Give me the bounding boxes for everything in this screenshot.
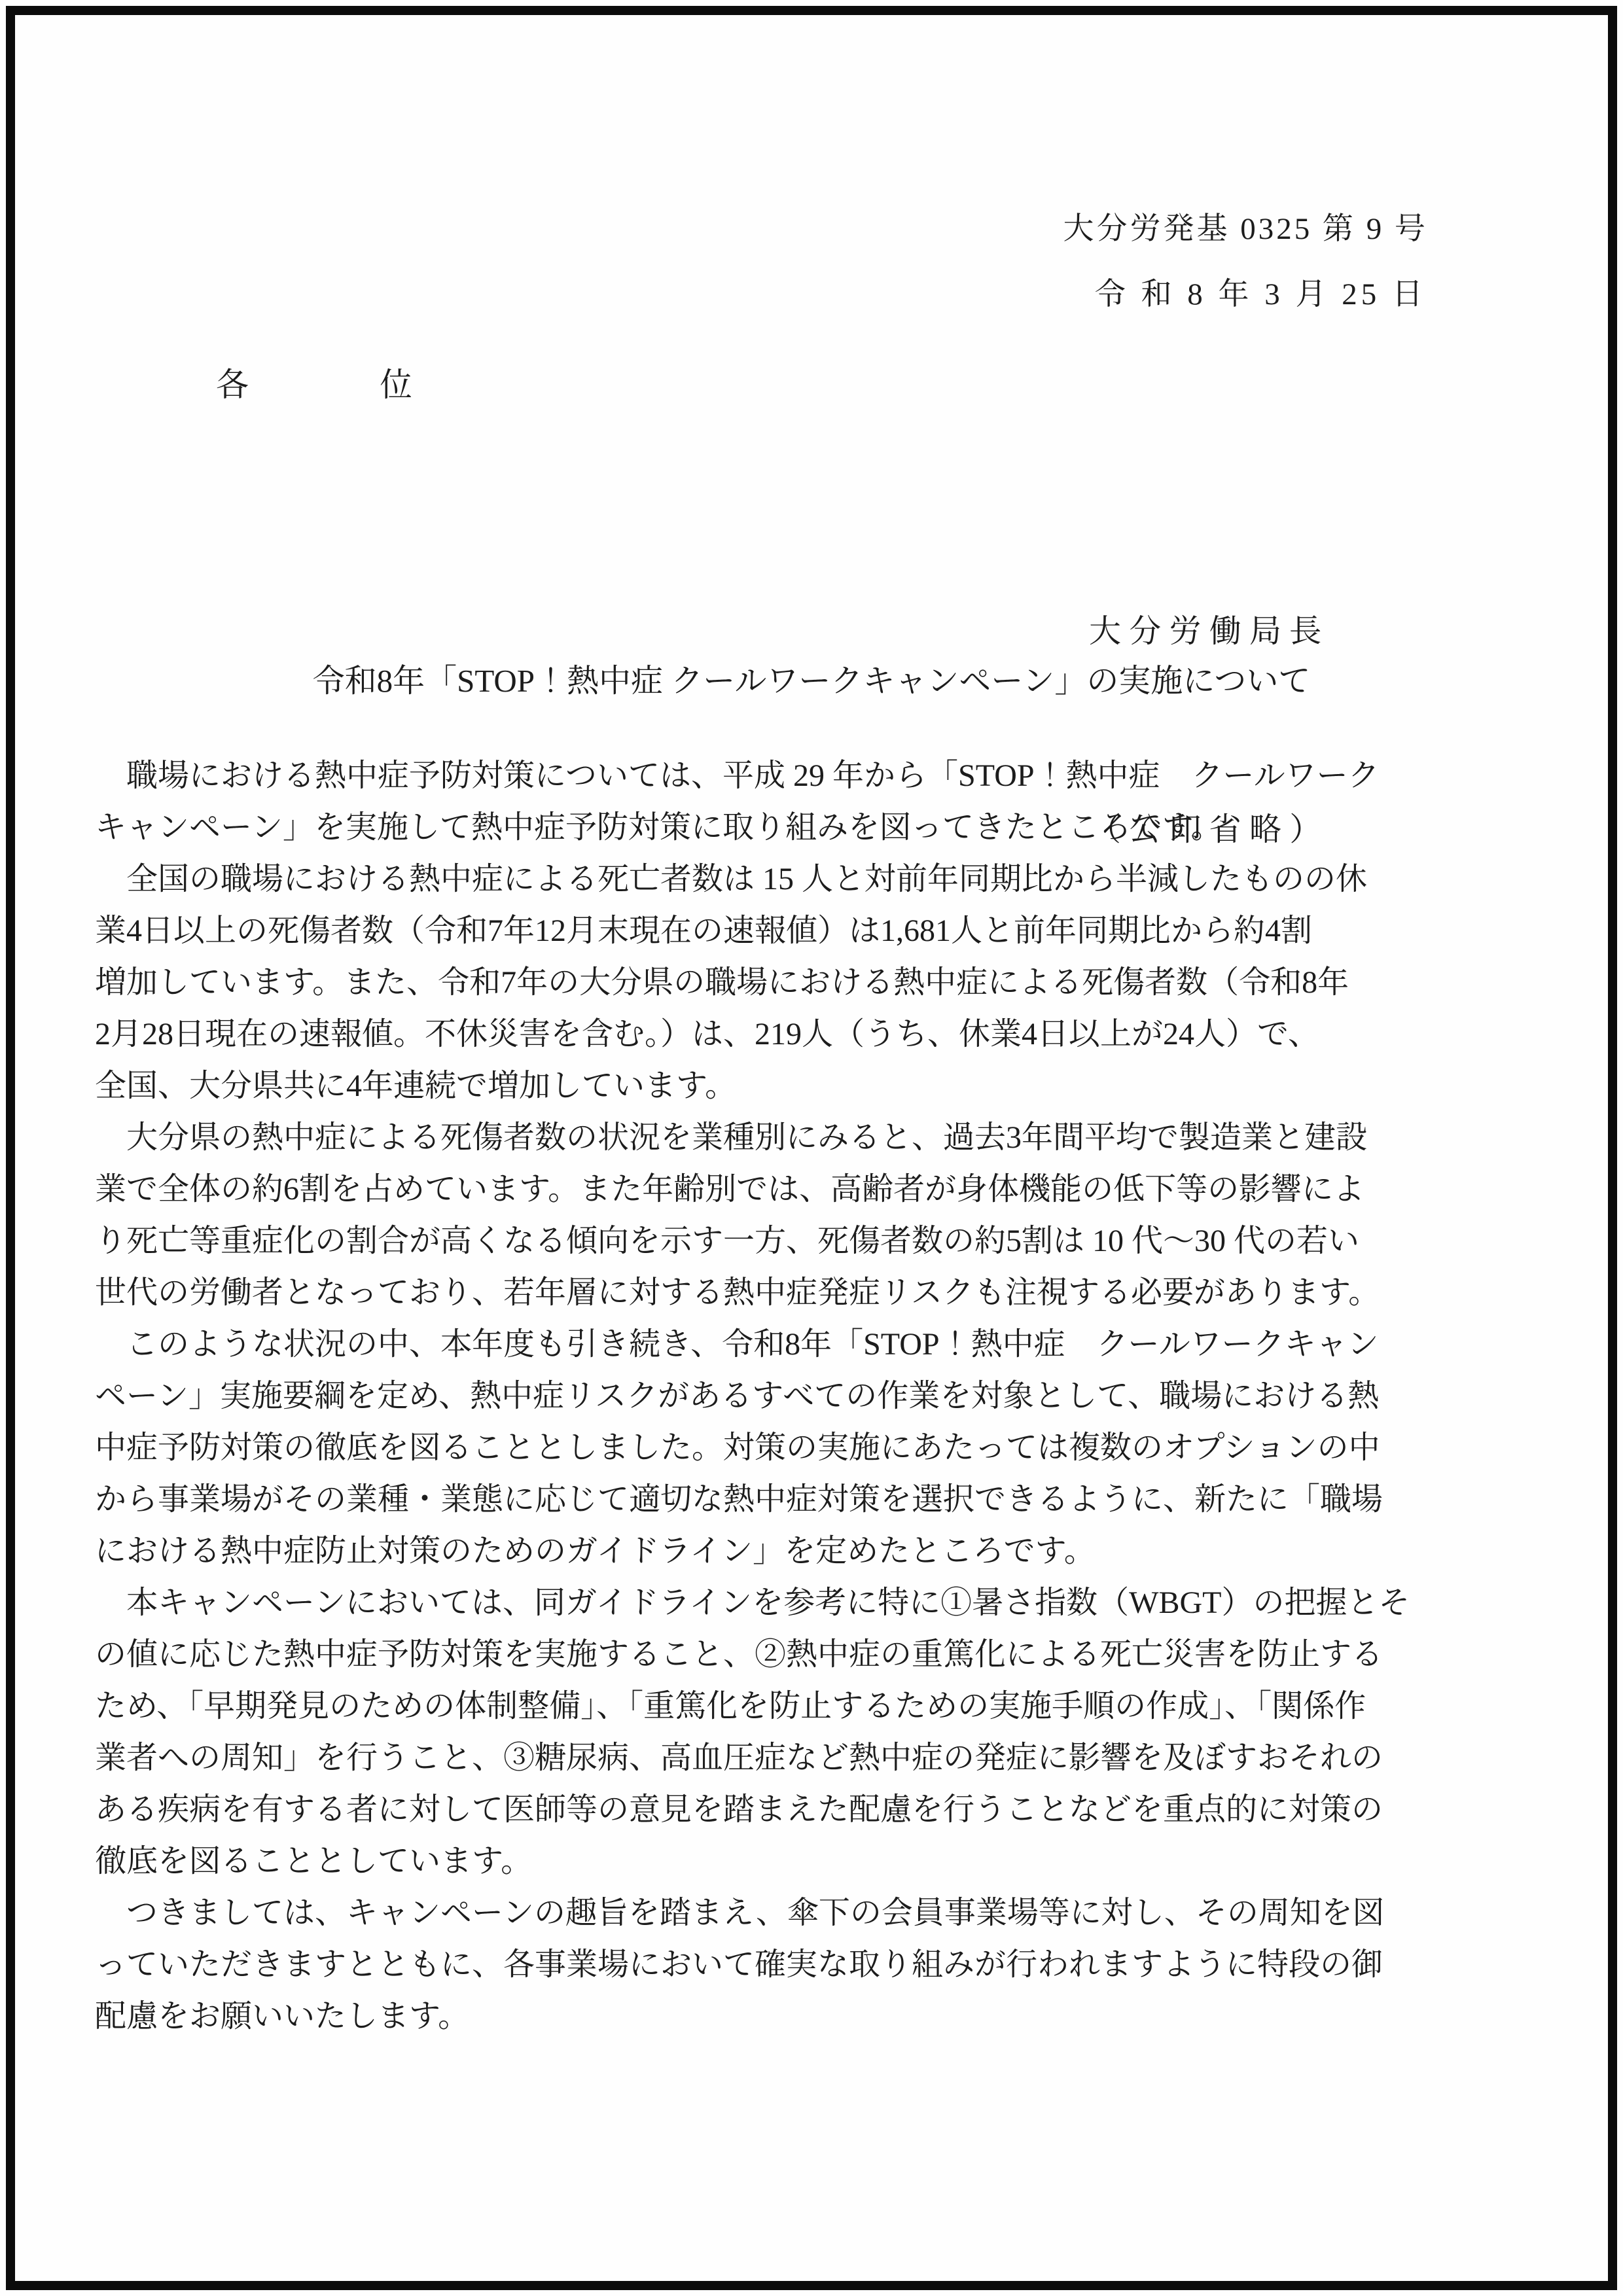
document-body: 職場における熱中症予防対策については、平成 29 年から「STOP！熱中症 クー… (95, 750, 1529, 2042)
body-paragraph: 本キャンペーンにおいては、同ガイドラインを参考に特に①暑さ指数（WBGT）の把握… (95, 1577, 1529, 1887)
document-number: 大分労発基 0325 第 9 号 (1063, 204, 1429, 248)
body-paragraph: つきましては、キャンペーンの趣旨を踏まえ、傘下の会員事業場等に対し、その周知を図… (95, 1887, 1529, 2042)
recipient-line: 各 位 (216, 359, 412, 406)
body-paragraph: 全国の職場における熱中症による死亡者数は 15 人と対前年同期比から半減したもの… (95, 853, 1529, 1112)
document-page: 大分労発基 0325 第 9 号 令 和 8 年 3 月 25 日 各 位 大 … (0, 0, 1623, 2296)
body-paragraph: このような状況の中、本年度も引き続き、令和8年「STOP！熱中症 クールワークキ… (95, 1318, 1529, 1577)
document-title: 令和8年「STOP！熱中症 クールワークキャンペーン」の実施について (0, 656, 1623, 701)
body-paragraph: 職場における熱中症予防対策については、平成 29 年から「STOP！熱中症 クー… (95, 750, 1529, 853)
body-paragraph: 大分県の熱中症による死傷者数の状況を業種別にみると、過去3年間平均で製造業と建設… (95, 1112, 1529, 1318)
sender-name: 大 分 労 働 局 長 (1089, 598, 1321, 664)
issue-date: 令 和 8 年 3 月 25 日 (1095, 270, 1427, 313)
